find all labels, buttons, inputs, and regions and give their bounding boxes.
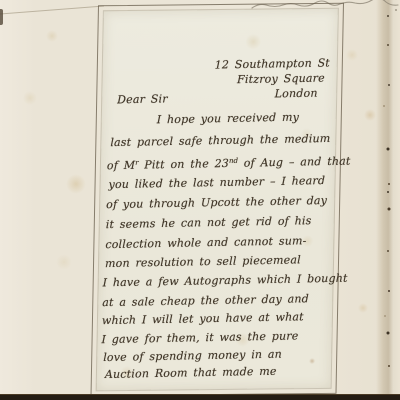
letter-line: of Mr Pitt on the 23nd of Aug – and that [107, 153, 351, 173]
photo: 12 Southampton St Fitzroy Square London … [0, 0, 400, 400]
letter-line: at a sale cheap the other day and [102, 292, 309, 309]
letter-line-segment: Pitt on the 23 [138, 157, 229, 172]
letter-line-segment: of Aug – and that [238, 155, 351, 170]
letter-line: I hope you received my [157, 111, 299, 127]
page-edge-band [376, 0, 400, 400]
letter-paper: 12 Southampton St Fitzroy Square London … [96, 8, 339, 392]
album-corner-mark [0, 9, 3, 25]
letter-line: it seems he can not get rid of his [106, 214, 312, 231]
letter-frame: 12 Southampton St Fitzroy Square London … [90, 3, 343, 397]
letter-line: mon resolution to sell piecemeal [105, 253, 301, 270]
letter-line: last parcel safe through the medium [110, 132, 330, 149]
letter-line: I gave for them, it was the pure [102, 329, 299, 346]
superscript: nd [229, 157, 238, 165]
letter-line: you liked the last number – I heard [108, 174, 325, 191]
letter-line: love of spending money in an [103, 348, 282, 364]
letter-line: I have a few Autographs which I bought [103, 272, 348, 290]
foxing-specks [387, 15, 389, 17]
letter-line: of you through Upcott the other day [106, 194, 327, 211]
letter-line: collection whole and cannot sum- [105, 234, 306, 251]
binding-strip [0, 394, 400, 400]
letter-line-segment: of M [107, 159, 135, 173]
address-line: London [214, 86, 317, 103]
address-block: 12 Southampton St Fitzroy Square London [214, 55, 330, 102]
salutation: Dear Sir [117, 92, 168, 106]
letter-line: which I will let you have at what [102, 310, 304, 327]
letter-line: Auction Room that made me [105, 365, 277, 381]
